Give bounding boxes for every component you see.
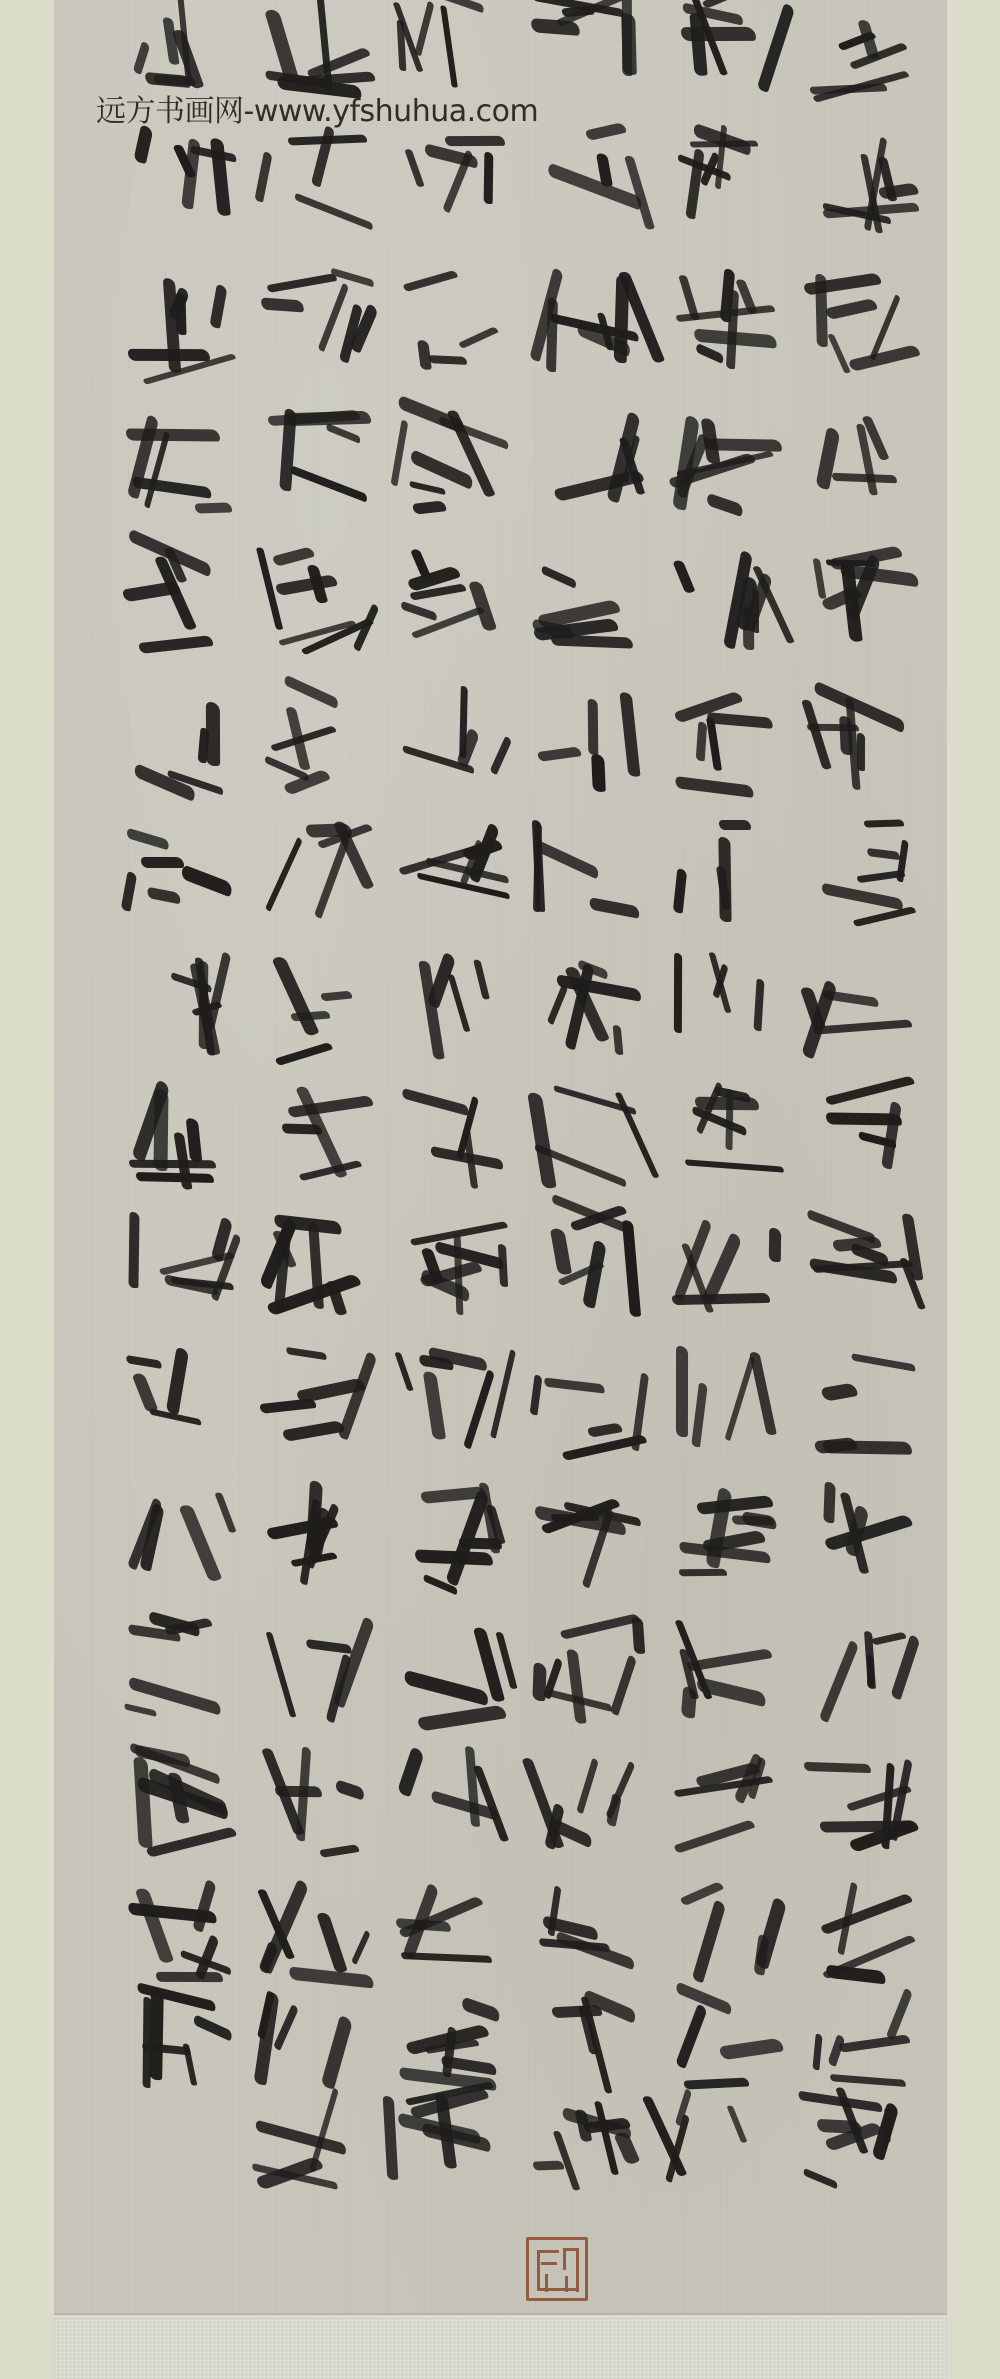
calligraphy-glyph <box>803 545 921 655</box>
calligraphy-glyph <box>259 1345 377 1455</box>
calligraphy-row <box>54 545 947 655</box>
calligraphy-glyph <box>395 1615 513 1725</box>
calligraphy-glyph <box>395 1745 513 1855</box>
calligraphy-glyph <box>531 1345 649 1455</box>
calligraphy-glyph <box>803 1875 921 1985</box>
calligraphy-glyph <box>667 405 785 515</box>
calligraphy-row <box>54 2085 947 2195</box>
watermark-text: 远方书画网-www.yfshuhua.com <box>96 86 538 130</box>
calligraphy-glyph <box>667 950 785 1060</box>
calligraphy-glyph <box>803 1480 921 1590</box>
calligraphy-glyph <box>803 1345 921 1455</box>
calligraphy-glyph <box>531 545 649 655</box>
calligraphy-glyph <box>803 1615 921 1725</box>
calligraphy-glyph <box>123 545 241 655</box>
calligraphy-glyph <box>123 950 241 1060</box>
calligraphy-glyph <box>517 2085 635 2195</box>
calligraphy-row <box>54 125 947 235</box>
calligraphy-glyph <box>259 405 377 515</box>
calligraphy-glyph <box>123 0 241 95</box>
calligraphy-glyph <box>789 2085 907 2195</box>
calligraphy-glyph <box>803 405 921 515</box>
calligraphy-glyph <box>531 0 649 95</box>
calligraphy-glyph <box>245 2085 363 2195</box>
calligraphy-glyph <box>259 545 377 655</box>
calligraphy-glyph <box>259 1210 377 1320</box>
calligraphy-glyph <box>259 1875 377 1985</box>
calligraphy-row <box>54 685 947 795</box>
calligraphy-row <box>54 815 947 925</box>
calligraphy-glyph <box>395 1480 513 1590</box>
calligraphy-glyph <box>667 265 785 375</box>
calligraphy-glyph <box>123 685 241 795</box>
calligraphy-glyph <box>395 125 513 235</box>
calligraphy-glyph <box>259 125 377 235</box>
calligraphy-glyph <box>531 1480 649 1590</box>
calligraphy-glyph <box>667 545 785 655</box>
calligraphy-glyph <box>803 125 921 235</box>
calligraphy-glyph <box>395 1345 513 1455</box>
calligraphy-glyph <box>667 1345 785 1455</box>
calligraphy-glyph <box>531 265 649 375</box>
calligraphy-glyph <box>667 1480 785 1590</box>
calligraphy-row <box>54 0 947 95</box>
calligraphy-glyph <box>531 1745 649 1855</box>
calligraphy-glyph <box>803 265 921 375</box>
calligraphy-glyph <box>667 815 785 925</box>
silk-mount <box>54 2313 947 2379</box>
calligraphy-glyph <box>667 1210 785 1320</box>
calligraphy-glyph <box>667 685 785 795</box>
calligraphy-row <box>54 1985 947 2095</box>
calligraphy-glyph <box>381 2085 499 2195</box>
calligraphy-row <box>54 1875 947 1985</box>
calligraphy-glyph <box>395 1210 513 1320</box>
calligraphy-glyph <box>531 1210 649 1320</box>
calligraphy-glyph <box>259 1615 377 1725</box>
calligraphy-glyph <box>395 1985 513 2095</box>
calligraphy-row <box>54 1480 947 1590</box>
calligraphy-glyph <box>803 1080 921 1190</box>
calligraphy-glyph <box>531 1875 649 1985</box>
calligraphy-glyph <box>667 0 785 95</box>
calligraphy-glyph <box>395 545 513 655</box>
calligraphy-glyph <box>259 1985 377 2095</box>
calligraphy-glyph <box>259 815 377 925</box>
calligraphy-glyph <box>123 1210 241 1320</box>
calligraphy-row <box>54 265 947 375</box>
calligraphy-glyph <box>259 1480 377 1590</box>
calligraphy-glyph <box>123 405 241 515</box>
calligraphy-row <box>54 1345 947 1455</box>
calligraphy-glyph <box>803 1745 921 1855</box>
calligraphy-glyph <box>395 1080 513 1190</box>
calligraphy-glyph <box>395 815 513 925</box>
calligraphy-glyph <box>395 685 513 795</box>
calligraphy-glyph <box>531 685 649 795</box>
calligraphy-glyph <box>395 1875 513 1985</box>
calligraphy-glyph <box>531 125 649 235</box>
calligraphy-glyph <box>123 125 241 235</box>
calligraphy-glyph <box>531 1985 649 2095</box>
calligraphy-glyph <box>395 405 513 515</box>
calligraphy-glyph <box>259 685 377 795</box>
calligraphy-glyph <box>123 1985 241 2095</box>
calligraphy-glyph <box>259 265 377 375</box>
calligraphy-glyph <box>667 1875 785 1985</box>
calligraphy-glyph <box>531 405 649 515</box>
calligraphy-glyph <box>531 1615 649 1725</box>
calligraphy-glyph <box>803 1985 921 2095</box>
calligraphy-row <box>54 1210 947 1320</box>
calligraphy-glyph <box>653 2085 771 2195</box>
calligraphy-glyph <box>259 950 377 1060</box>
calligraphy-glyph <box>123 1745 241 1855</box>
calligraphy-glyph <box>531 815 649 925</box>
calligraphy-glyph <box>123 1345 241 1455</box>
calligraphy-row <box>54 1080 947 1190</box>
calligraphy-glyph <box>667 1080 785 1190</box>
calligraphy-glyph <box>667 1745 785 1855</box>
calligraphy-glyph <box>803 685 921 795</box>
calligraphy-glyph <box>395 950 513 1060</box>
calligraphy-glyph <box>395 0 513 95</box>
calligraphy-glyph <box>803 1210 921 1320</box>
calligraphy-glyph <box>395 265 513 375</box>
calligraphy-glyph <box>803 0 921 95</box>
calligraphy-glyph <box>123 1480 241 1590</box>
calligraphy-glyph <box>123 1615 241 1725</box>
calligraphy-glyph <box>667 1985 785 2095</box>
calligraphy-glyph <box>123 265 241 375</box>
calligraphy-row <box>54 405 947 515</box>
calligraphy-row <box>54 1615 947 1725</box>
calligraphy-row <box>54 950 947 1060</box>
calligraphy-glyph <box>531 1080 649 1190</box>
calligraphy-glyph <box>531 950 649 1060</box>
calligraphy-glyph <box>667 1615 785 1725</box>
calligraphy-row <box>54 1745 947 1855</box>
calligraphy-glyph <box>123 815 241 925</box>
calligraphy-glyph <box>259 1745 377 1855</box>
calligraphy-glyph <box>803 950 921 1060</box>
calligraphy-glyph <box>667 125 785 235</box>
calligraphy-glyph <box>123 1875 241 1985</box>
calligraphy-glyph <box>123 1080 241 1190</box>
red-seal-icon <box>526 2237 588 2301</box>
calligraphy-glyph <box>259 0 377 95</box>
calligraphy-glyph <box>803 815 921 925</box>
calligraphy-paper <box>54 0 947 2313</box>
calligraphy-glyph <box>259 1080 377 1190</box>
